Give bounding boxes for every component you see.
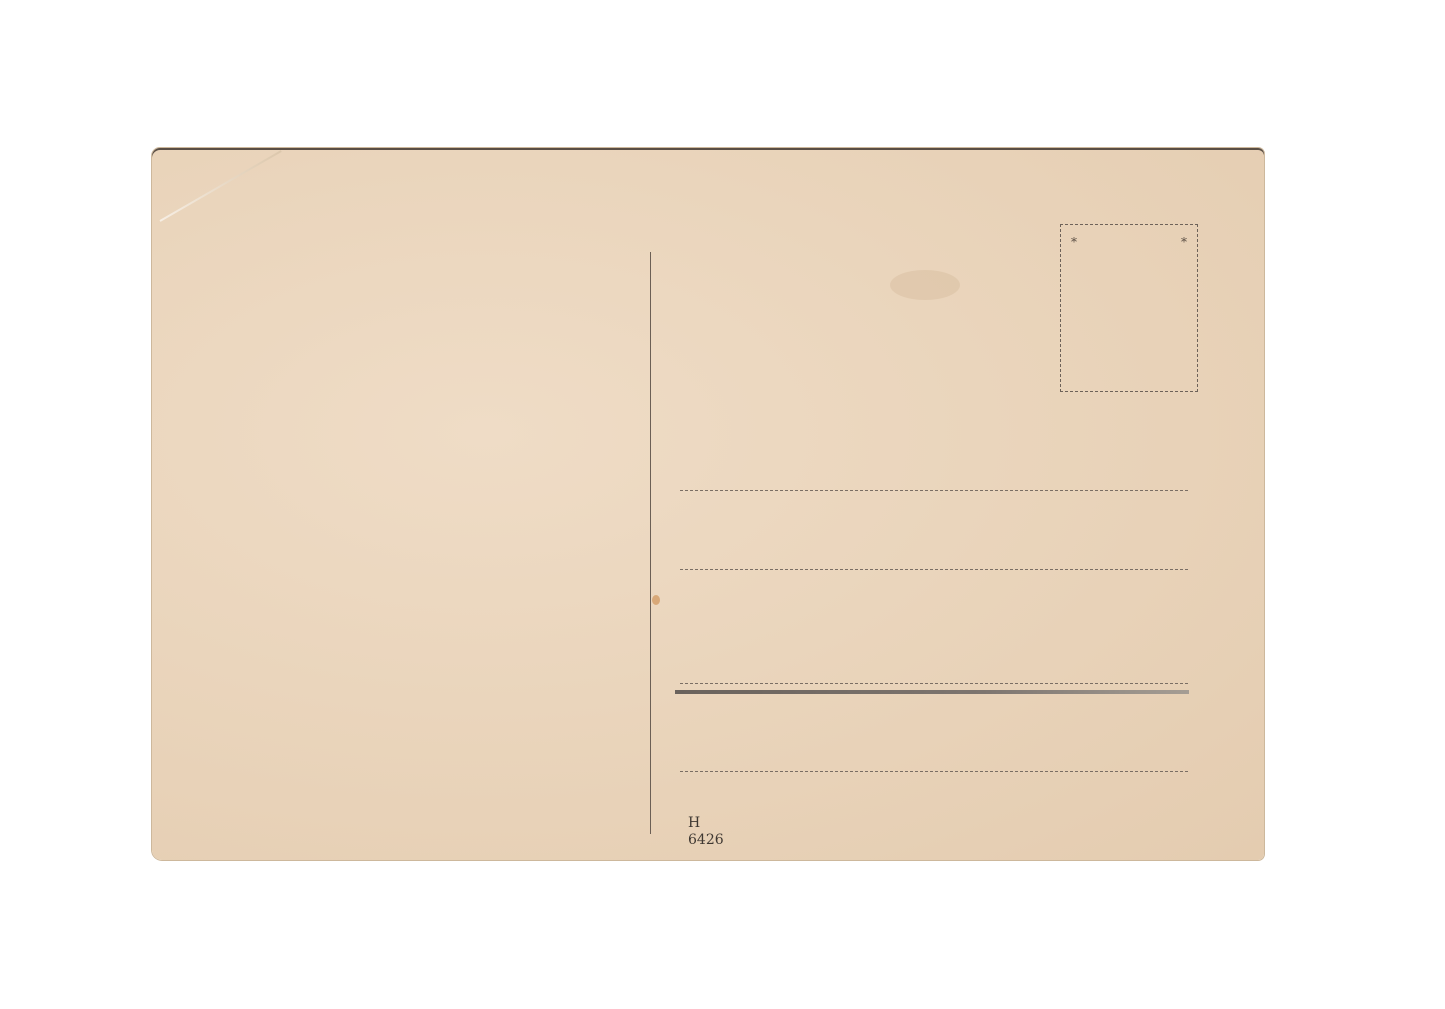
star-mark-icon: * (1181, 235, 1187, 249)
stain-spot (652, 595, 660, 605)
publisher-code: H 6426 (688, 815, 724, 849)
publisher-mark: H (688, 815, 724, 832)
address-line-4 (680, 771, 1188, 772)
stamp-placement-box: * * (1060, 224, 1198, 392)
stain-spot (890, 270, 960, 300)
address-line-3 (680, 683, 1188, 684)
address-line-1 (680, 490, 1188, 491)
postcard-divider-line (650, 252, 651, 834)
card-number: 6426 (688, 832, 724, 849)
star-mark-icon: * (1071, 235, 1077, 249)
address-underline-thick (675, 690, 1189, 694)
address-line-2 (680, 569, 1188, 570)
